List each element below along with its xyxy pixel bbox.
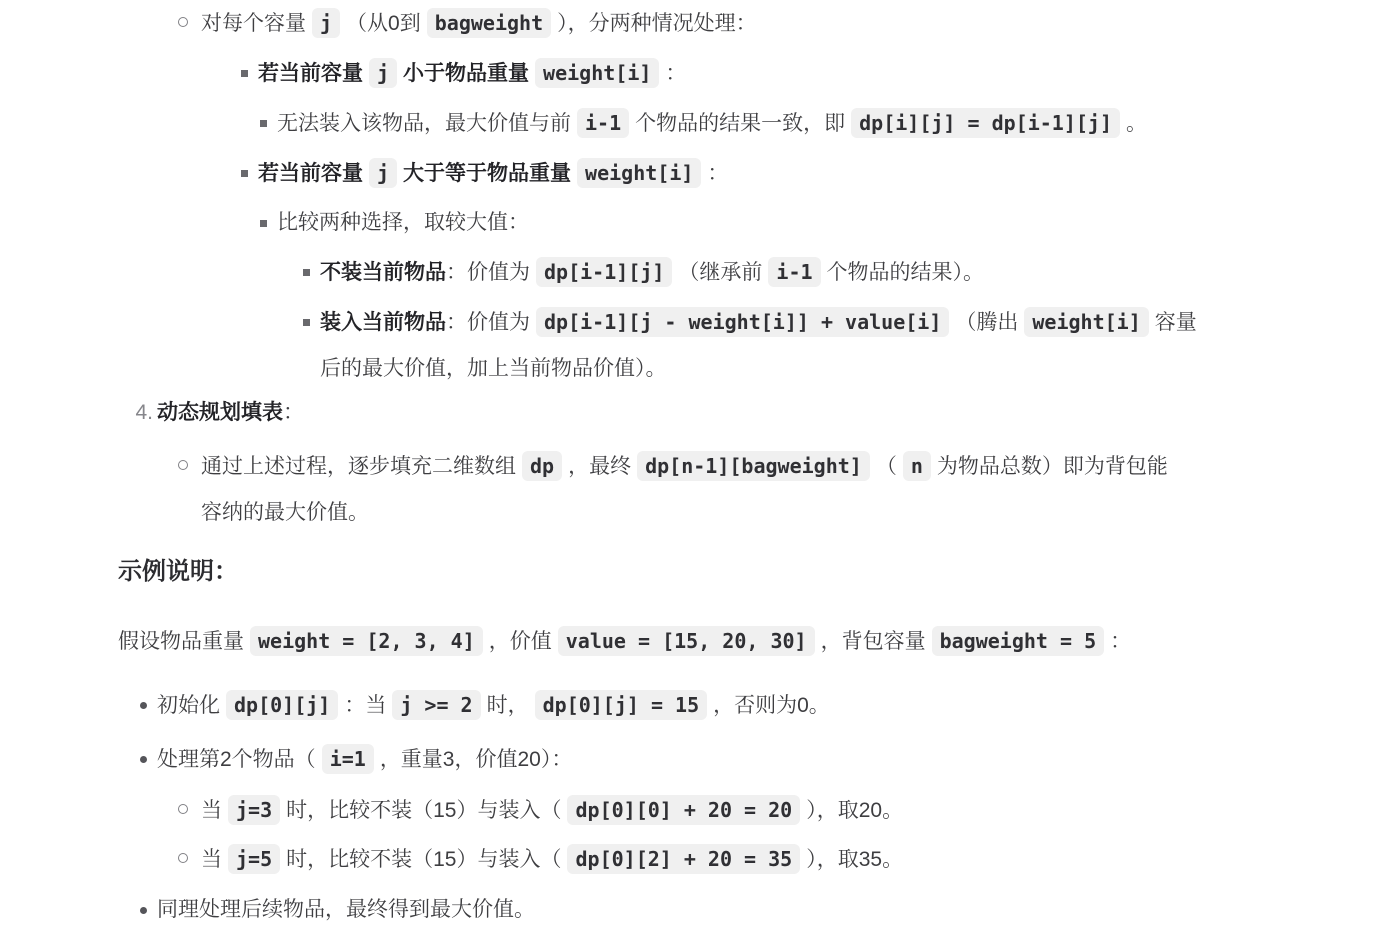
square-bullet-icon [241, 70, 248, 77]
list-item-number: 4. [129, 390, 153, 436]
inline-code: dp[0][2] + 20 = 35 [567, 844, 800, 874]
square-bullet-icon [303, 269, 310, 276]
text: ： [1110, 630, 1131, 653]
inline-code: j [312, 8, 340, 38]
circle-bullet-icon [178, 853, 188, 863]
list-item-continuation: 后的最大价值，加上当前物品价值）。 [320, 346, 1278, 392]
text: ： [665, 62, 686, 85]
list-item: 比较两种选择，取较大值： [277, 200, 1278, 246]
text: 比较两种选择，取较大值： [277, 211, 529, 234]
inline-code: i-1 [768, 257, 820, 287]
text: ： [283, 401, 304, 424]
text: ，最终 [568, 455, 631, 478]
list-item: 同理处理后续物品，最终得到最大价值。 [157, 887, 1278, 933]
list-item: 若当前容量j小于物品重量weight[i]： [258, 50, 1278, 97]
inline-code: dp [522, 451, 562, 481]
square-bullet-icon [260, 220, 267, 227]
inline-code: j >= 2 [392, 690, 480, 720]
inline-code: dp[i-1][j] [536, 257, 672, 287]
text: 个物品的结果一致，即 [635, 112, 845, 135]
inline-code: i=1 [322, 744, 374, 774]
text: 当 [201, 799, 222, 822]
circle-bullet-icon [178, 460, 188, 470]
inline-code: j=5 [228, 844, 280, 874]
text: ，价值 [489, 630, 552, 653]
list-item: 处理第2个物品（i=1，重量3，价值20）： [157, 736, 1278, 783]
text: 初始化 [157, 694, 220, 717]
section-heading: 示例说明： [118, 552, 1278, 592]
text: ），取35。 [806, 848, 903, 871]
inline-code: weight[i] [535, 58, 659, 88]
disc-bullet-icon [140, 907, 147, 914]
inline-code: j=3 [228, 795, 280, 825]
bold-text: 装入当前物品 [320, 311, 446, 334]
disc-bullet-icon [140, 702, 147, 709]
text: 为物品总数）即为背包能 [937, 455, 1168, 478]
list-item-continuation: 容纳的最大价值。 [201, 490, 1278, 536]
square-bullet-icon [241, 170, 248, 177]
text: 。 [1126, 112, 1147, 135]
document-body: 对每个容量j（从0到bagweight），分两种情况处理： 若当前容量j小于物品… [118, 0, 1278, 933]
inline-code: value = [15, 20, 30] [558, 626, 815, 656]
square-bullet-icon [260, 120, 267, 127]
text: ：价值为 [446, 311, 530, 334]
list-item: 无法装入该物品，最大价值与前i-1个物品的结果一致，即dp[i][j] = dp… [277, 100, 1278, 147]
inline-code: j [369, 58, 397, 88]
disc-bullet-icon [140, 756, 147, 763]
bold-text: 大于等于物品重量 [403, 162, 571, 185]
bold-text: 若当前容量 [258, 62, 363, 85]
circle-bullet-icon [178, 17, 188, 27]
inline-code: dp[0][j] = 15 [535, 690, 708, 720]
text: （ [876, 455, 897, 478]
inline-code: i-1 [577, 108, 629, 138]
bold-text: 小于物品重量 [403, 62, 529, 85]
text: 当 [201, 848, 222, 871]
text: 时， [487, 694, 529, 717]
inline-code: weight = [2, 3, 4] [250, 626, 483, 656]
text: 后的最大价值，加上当前物品价值）。 [320, 357, 667, 380]
text: （继承前 [678, 261, 762, 284]
text: 时，比较不装（15）与装入（ [286, 848, 561, 871]
square-bullet-icon [303, 319, 310, 326]
text: 个物品的结果）。 [827, 261, 985, 284]
list-item: 不装当前物品：价值为dp[i-1][j]（继承前i-1个物品的结果）。 [320, 249, 1278, 296]
text: ），取20。 [806, 799, 903, 822]
text: ，重量3，价值20）： [380, 748, 573, 771]
inline-code: dp[i][j] = dp[i-1][j] [851, 108, 1120, 138]
text: 假设物品重量 [118, 630, 244, 653]
text: ：当 [344, 694, 386, 717]
inline-code: dp[n-1][bagweight] [637, 451, 870, 481]
ordered-list-item: 4. 动态规划填表： [157, 390, 1278, 436]
text: 容纳的最大价值。 [201, 501, 369, 524]
text: （腾出 [955, 311, 1018, 334]
list-item: 当j=5时，比较不装（15）与装入（dp[0][2] + 20 = 35），取3… [201, 836, 1278, 883]
text: 同理处理后续物品，最终得到最大价值。 [157, 898, 535, 921]
circle-bullet-icon [178, 804, 188, 814]
inline-code: j [369, 158, 397, 188]
text: ，否则为0。 [713, 694, 830, 717]
list-item: 装入当前物品：价值为dp[i-1][j - weight[i]] + value… [320, 299, 1278, 346]
list-item: 当j=3时，比较不装（15）与装入（dp[0][0] + 20 = 20），取2… [201, 787, 1278, 834]
text: 处理第2个物品（ [157, 748, 316, 771]
text: ：价值为 [446, 261, 530, 284]
bold-text: 若当前容量 [258, 162, 363, 185]
inline-code: bagweight [427, 8, 551, 38]
text: 时，比较不装（15）与装入（ [286, 799, 561, 822]
list-item: 若当前容量j大于等于物品重量weight[i]： [258, 150, 1278, 197]
text: ，背包容量 [821, 630, 926, 653]
paragraph: 假设物品重量weight = [2, 3, 4]，价值value = [15, … [118, 618, 1278, 665]
inline-code: dp[0][j] [226, 690, 338, 720]
text: 对每个容量 [201, 12, 306, 35]
inline-code: bagweight = 5 [932, 626, 1105, 656]
list-item: 对每个容量j（从0到bagweight），分两种情况处理： [201, 0, 1278, 47]
text: ），分两种情况处理： [557, 12, 757, 35]
list-item: 初始化dp[0][j]：当j >= 2时，dp[0][j] = 15，否则为0。 [157, 682, 1278, 729]
inline-code: weight[i] [1024, 307, 1148, 337]
inline-code: n [903, 451, 931, 481]
heading-text: 示例说明： [118, 558, 238, 585]
text: 通过上述过程，逐步填充二维数组 [201, 455, 516, 478]
text: （从0到 [346, 12, 421, 35]
text: 无法装入该物品，最大价值与前 [277, 112, 571, 135]
bold-text: 动态规划填表 [157, 401, 283, 424]
inline-code: weight[i] [577, 158, 701, 188]
text: ： [707, 162, 728, 185]
inline-code: dp[0][0] + 20 = 20 [567, 795, 800, 825]
bold-text: 不装当前物品 [320, 261, 446, 284]
list-item: 通过上述过程，逐步填充二维数组dp，最终dp[n-1][bagweight]（n… [201, 443, 1278, 490]
inline-code: dp[i-1][j - weight[i]] + value[i] [536, 307, 949, 337]
text: 容量 [1155, 311, 1197, 334]
